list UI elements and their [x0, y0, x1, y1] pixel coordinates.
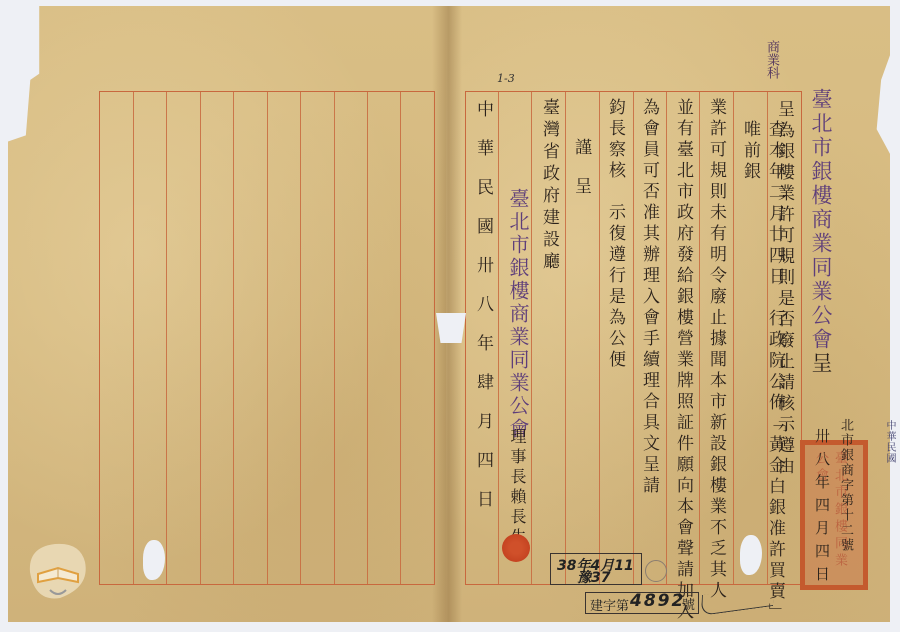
signatory-organization: 臺北市銀樓商業同業公會 [504, 188, 533, 441]
received-date-stamp: 38年4月11 豫37 [550, 553, 642, 585]
left-grid [99, 91, 435, 585]
page-number: 1-3 [497, 72, 515, 85]
body-column-5: 為會員可否准其辦理入會手續理合具文呈請 [637, 98, 662, 497]
document-scan: 1-3 商業科 臺北市銀樓商業同業公會呈 呈為銀樓業許可規則是否廢止請核示遵由 … [0, 0, 900, 632]
signatory-seal [502, 534, 530, 562]
department-note: 商業科 [762, 40, 781, 79]
recipient: 臺灣省政府建設廳 [537, 98, 562, 274]
file-number-stamp: 建字第 4892 號 [585, 592, 699, 614]
reference-number: 北市銀商字第十二號 [836, 418, 855, 553]
sender-verb: 呈 [809, 352, 833, 376]
reference-date: 卅八年四月四日 [812, 428, 833, 589]
sender-name: 臺北市銀樓商業同業公會 [809, 88, 833, 352]
body-column-3: 業許可規則未有明令廢止據聞本市新設銀樓業不乏其人 [704, 98, 729, 602]
document-date: 中華民國卅八年肆月四日 [471, 100, 496, 529]
body-column-4: 並有臺北市政府發給銀樓營業牌照証件願向本會聲請加入 [671, 98, 696, 623]
binding-hole [436, 313, 466, 343]
closing: 謹呈 [569, 138, 594, 216]
archive-logo-icon [20, 532, 98, 610]
round-ink-stamp [645, 560, 667, 582]
signatory-title-name: 理事長賴長生 [506, 428, 529, 548]
side-seal-text: 中華民國 [882, 420, 897, 464]
organization-square-seal: 臺北市銀樓同業公會 [800, 440, 868, 590]
body-column-6: 鈞長察核 示復遵行是為公便 [603, 98, 628, 371]
sender-heading: 臺北市銀樓商業同業公會呈 [806, 88, 836, 376]
